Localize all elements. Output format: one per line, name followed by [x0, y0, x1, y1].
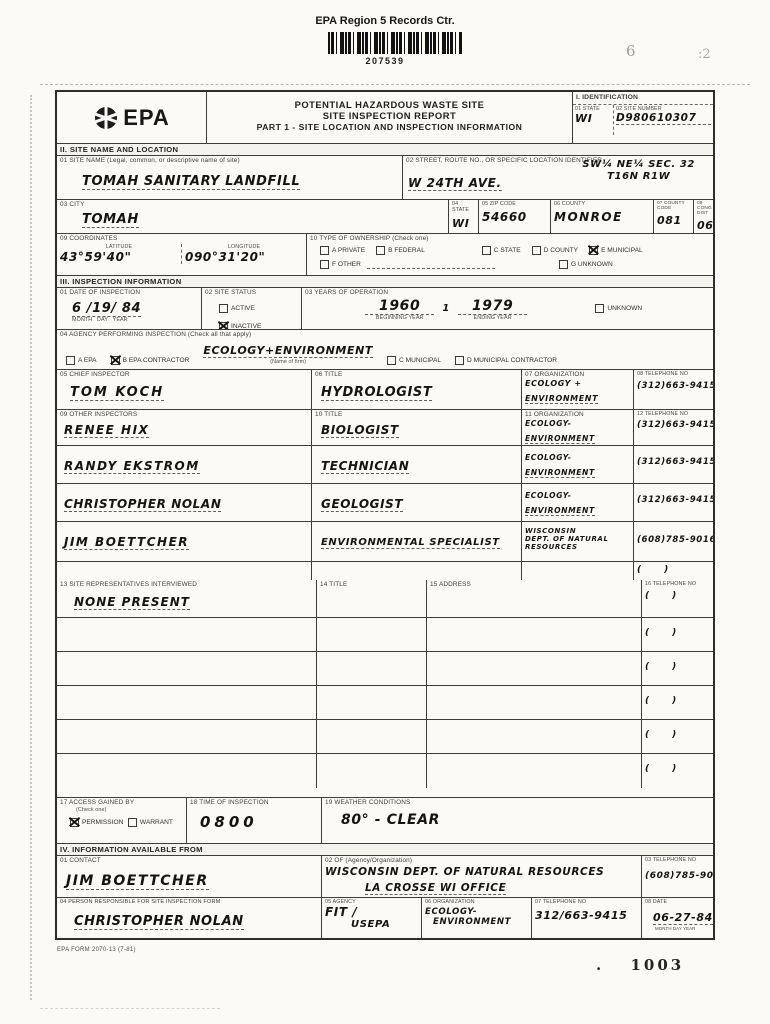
- years-unknown-option: UNKNOWN: [595, 304, 642, 313]
- state-cell: 04 STATE WI: [449, 200, 479, 233]
- faint-pencil-mark-right: :2: [698, 47, 711, 62]
- contact-label: 01 CONTACT: [60, 857, 318, 865]
- id-state-value: WI: [575, 112, 611, 125]
- scanned-form-page: EPA Region 5 Records Ctr. 207539 6 :2 EP…: [0, 0, 770, 1024]
- site-name-label: 01 SITE NAME (Legal, common, or descript…: [60, 157, 399, 165]
- epa-logo-text: EPA: [123, 105, 170, 131]
- county-cell: 06 COUNTY MONROE: [551, 200, 654, 233]
- checkbox-county: [532, 246, 541, 255]
- years-of-operation-label: 03 YEARS OF OPERATION: [305, 289, 710, 297]
- checkbox-epa: [66, 356, 75, 365]
- county-code-cell: 07 COUNTY CODE 081: [654, 200, 694, 233]
- latitude-cell: LATITUDE 43°59'40": [57, 244, 182, 264]
- inspection-date-row: 01 DATE OF INSPECTION 6 /19/ 84 MONTH DA…: [57, 288, 713, 330]
- identification-box: I. IDENTIFICATION 01 STATE WI 02 SITE NU…: [573, 92, 713, 143]
- ownership-option-county: D COUNTY: [532, 246, 578, 255]
- other-inspector-row: 09 OTHER INSPECTORS RENEE HIX 10 TITLE B…: [57, 410, 713, 446]
- site-status-cell: 02 SITE STATUS ACTIVE INACTIVE: [202, 288, 302, 329]
- date2-sub: MONTH DAY YEAR: [655, 926, 710, 931]
- other-inspector-row: CHRISTOPHER NOLAN GEOLOGIST ECOLOGY- ENV…: [57, 484, 713, 522]
- inspector-phone: (608)785-9016: [637, 535, 710, 545]
- ownership-option-state: C STATE: [482, 246, 521, 255]
- form-title-line1: POTENTIAL HAZARDOUS WASTE SITE: [210, 99, 569, 110]
- inspector-phone: (312)663-9415: [637, 420, 710, 430]
- inspector-org-line1: ECOLOGY-: [525, 491, 630, 500]
- date-of-inspection-cell: 01 DATE OF INSPECTION 6 /19/ 84 MONTH DA…: [57, 288, 202, 329]
- empty-phone-parens: ( ): [637, 565, 710, 575]
- ending-year-label: ENDING YEAR: [458, 315, 527, 321]
- agency-option-municipal-contractor: D MUNICIPAL CONTRACTOR: [455, 356, 557, 365]
- checkbox-permission: [70, 818, 79, 827]
- street-value: W 24TH AVE.: [408, 176, 502, 191]
- date-of-inspection-value: 6 /19/ 84: [72, 301, 141, 317]
- scan-bottom-artifact: [40, 1008, 220, 1009]
- agency-option-epa-contractor: B EPA CONTRACTOR: [111, 356, 190, 365]
- page-stamp-number: 1003: [630, 956, 684, 974]
- ownership-option-municipal: E MUNICIPAL: [589, 246, 643, 255]
- representative-row: ( ): [57, 652, 713, 686]
- inspector-org-line2: ENVIRONMENT: [525, 468, 595, 478]
- contact-phone-value: (608)785-9016: [645, 871, 710, 881]
- inspector-phone: (312)663-9415: [637, 457, 710, 467]
- street-note-line1: SW¼ NE¼ SEC. 32: [582, 159, 695, 171]
- city-cell: 03 CITY TOMAH: [57, 200, 449, 233]
- person-responsible-label: 04 PERSON RESPONSIBLE FOR SITE INSPECTIO…: [60, 899, 318, 906]
- inspector-title: BIOLOGIST: [321, 423, 399, 438]
- access-option-permission: PERMISSION: [70, 818, 123, 827]
- zip-label: 05 ZIP CODE: [482, 201, 547, 207]
- agency-value-line1: FIT /: [325, 905, 418, 919]
- site-inspection-form: EPA POTENTIAL HAZARDOUS WASTE SITE SITE …: [55, 90, 715, 940]
- chief-title-label: 06 TITLE: [315, 371, 518, 379]
- contact-of-cell: 02 OF (Agency/Organization) WISCONSIN DE…: [322, 856, 642, 897]
- checkbox-private: [320, 246, 329, 255]
- latitude-value: 43°59'40": [60, 250, 178, 264]
- coordinates-row: 09 COORDINATES LATITUDE 43°59'40" LONGIT…: [57, 234, 713, 276]
- beginning-year-label: BEGINNING YEAR: [365, 315, 434, 321]
- site-status-label: 02 SITE STATUS: [205, 289, 298, 297]
- checkbox-inactive: [219, 322, 228, 329]
- inspector-org-line1: ECOLOGY-: [525, 419, 630, 428]
- other-inspectors-label: 09 OTHER INSPECTORS: [60, 411, 308, 419]
- organization-line2: ENVIRONMENT: [433, 917, 528, 927]
- status-option-inactive: INACTIVE: [219, 322, 261, 329]
- other-phone-label: 12 TELEPHONE NO: [637, 411, 710, 417]
- inspector-org-line1: WISCONSIN: [525, 527, 630, 535]
- street-location-note: SW¼ NE¼ SEC. 32 T16N R1W: [582, 159, 695, 183]
- section-4-header: IV. INFORMATION AVAILABLE FROM: [57, 844, 713, 856]
- representative-phone: ( ): [645, 696, 710, 706]
- inspector-title: TECHNICIAN: [321, 459, 409, 474]
- representative-address-label: 15 ADDRESS: [430, 581, 638, 589]
- agency-option-municipal: C MUNICIPAL: [387, 356, 441, 365]
- checkbox-municipal: [589, 246, 598, 255]
- date2-value: 06-27-84: [653, 911, 713, 925]
- spacer-row: [57, 788, 713, 798]
- inspector-name: CHRISTOPHER NOLAN: [64, 497, 221, 512]
- contact-value: JIM BOETTCHER: [66, 873, 209, 890]
- site-name-row: 01 SITE NAME (Legal, common, or descript…: [57, 156, 713, 200]
- epa-flower-icon: [93, 105, 119, 131]
- chief-phone-label: 08 TELEPHONE NO: [637, 371, 710, 377]
- ownership-option-private: A PRIVATE: [320, 246, 365, 255]
- other-inspector-row: RANDY EKSTROM TECHNICIAN ECOLOGY- ENVIRO…: [57, 446, 713, 484]
- section-2-header: II. SITE NAME AND LOCATION: [57, 144, 713, 156]
- empty-inspector-row: ( ): [57, 562, 713, 580]
- identification-label: I. IDENTIFICATION: [573, 92, 713, 105]
- longitude-cell: LONGITUDE 090°31'20": [182, 244, 306, 264]
- inspector-name: RANDY EKSTROM: [64, 459, 200, 474]
- checkbox-warrant: [128, 818, 137, 827]
- coordinates-cell: 09 COORDINATES LATITUDE 43°59'40" LONGIT…: [57, 234, 307, 275]
- representative-phone: ( ): [645, 730, 710, 740]
- street-note-line2: T16N R1W: [582, 171, 695, 183]
- weather-conditions-cell: 19 WEATHER CONDITIONS 80° - CLEAR: [322, 798, 713, 843]
- barcode: [328, 32, 462, 54]
- ownership-option-other: F OTHER: [320, 260, 361, 269]
- checkbox-agency-municipal: [387, 356, 396, 365]
- date2-label: 08 DATE: [645, 899, 710, 905]
- records-center-title: EPA Region 5 Records Ctr.: [0, 15, 770, 27]
- representative-row: ( ): [57, 686, 713, 720]
- city-label: 03 CITY: [60, 201, 445, 209]
- chief-inspector-row: 05 CHIEF INSPECTOR TOM KOCH 06 TITLE HYD…: [57, 370, 713, 410]
- inspector-name: JIM BOETTCHER: [64, 535, 189, 550]
- inspector-phone: (312)663-9415: [637, 381, 710, 391]
- ownership-label: 10 TYPE OF OWNERSHIP (Check one): [310, 235, 710, 243]
- city-row: 03 CITY TOMAH 04 STATE WI 05 ZIP CODE 54…: [57, 200, 713, 234]
- representative-row: ( ): [57, 618, 713, 652]
- barcode-number: 207539: [0, 56, 770, 66]
- city-value: TOMAH: [82, 212, 139, 228]
- representative-phone: ( ): [645, 628, 710, 638]
- access-row: 17 ACCESS GAINED BY (Check one) PERMISSI…: [57, 798, 713, 844]
- checkbox-municipal-contractor: [455, 356, 464, 365]
- weather-conditions-value: 80° - CLEAR: [341, 812, 710, 828]
- checkbox-state: [482, 246, 491, 255]
- id-site-number-value: D980610307: [616, 112, 711, 125]
- access-gained-cell: 17 ACCESS GAINED BY (Check one) PERMISSI…: [57, 798, 187, 843]
- weather-conditions-label: 19 WEATHER CONDITIONS: [325, 799, 710, 807]
- status-option-active: ACTIVE: [219, 304, 255, 313]
- agency-value-line2: USEPA: [351, 919, 418, 930]
- page-stamp: . 1003: [596, 956, 684, 974]
- contact-of-label: 02 OF (Agency/Organization): [325, 857, 638, 865]
- id-state-cell: 01 STATE WI: [573, 105, 614, 135]
- contractor-firm-value: ECOLOGY+ENVIRONMENT: [203, 344, 373, 358]
- representative-phone-label: 16 TELEPHONE NO: [645, 581, 710, 587]
- inspectors-table: 05 CHIEF INSPECTOR TOM KOCH 06 TITLE HYD…: [57, 370, 713, 580]
- beginning-year-value: 1960: [365, 298, 434, 315]
- representative-row: ( ): [57, 720, 713, 754]
- chief-inspector-label: 05 CHIEF INSPECTOR: [60, 371, 308, 379]
- county-value: MONROE: [554, 210, 650, 224]
- zip-cell: 05 ZIP CODE 54660: [479, 200, 551, 233]
- checkbox-years-unknown: [595, 304, 604, 313]
- agency-performing-cell: 04 AGENCY PERFORMING INSPECTION (Check a…: [57, 330, 713, 369]
- inspector-org-line2: ENVIRONMENT: [525, 394, 598, 404]
- years-separator-mark: 1: [442, 303, 450, 314]
- form-header-row: EPA POTENTIAL HAZARDOUS WASTE SITE SITE …: [57, 92, 713, 144]
- agency-performing-label: 04 AGENCY PERFORMING INSPECTION (Check a…: [60, 331, 710, 339]
- representatives-label: 13 SITE REPRESENTATIVES INTERVIEWED: [60, 581, 313, 589]
- epa-logo: EPA: [57, 92, 207, 143]
- faint-pencil-mark-left: 6: [626, 42, 636, 60]
- longitude-value: 090°31'20": [185, 250, 303, 264]
- representative-phone: ( ): [645, 591, 710, 601]
- date2-cell: 08 DATE 06-27-84 MONTH DAY YEAR: [642, 898, 713, 938]
- representative-phone: ( ): [645, 764, 710, 774]
- cong-dist-cell: 08 CONG DIST 06: [694, 200, 713, 233]
- contact-cell: 01 CONTACT JIM BOETTCHER: [57, 856, 322, 897]
- page-stamp-dot: .: [596, 956, 604, 974]
- date-sub-label: MONTH DAY YEAR: [72, 317, 198, 323]
- agency-performing-row: 04 AGENCY PERFORMING INSPECTION (Check a…: [57, 330, 713, 370]
- representative-phone: ( ): [645, 662, 710, 672]
- person-responsible-value: CHRISTOPHER NOLAN: [74, 914, 244, 930]
- person-responsible-cell: 04 PERSON RESPONSIBLE FOR SITE INSPECTIO…: [57, 898, 322, 938]
- inspector-title: HYDROLOGIST: [321, 385, 432, 401]
- street-cell: 02 STREET, ROUTE NO., OR SPECIFIC LOCATI…: [403, 156, 713, 199]
- checkbox-federal: [376, 246, 385, 255]
- other-blank-line: [367, 261, 495, 269]
- representatives-table: 13 SITE REPRESENTATIVES INTERVIEWED NONE…: [57, 580, 713, 788]
- phone2-label: 07 TELEPHONE NO: [535, 899, 638, 905]
- organization-cell: 06 ORGANIZATION ECOLOGY- ENVIRONMENT: [422, 898, 532, 938]
- inspector-phone: (312)663-9415: [637, 495, 710, 505]
- checkbox-unknown: [559, 260, 568, 269]
- contractor-firm-sub: (Name of firm): [203, 359, 373, 365]
- inspector-org-line2: ENVIRONMENT: [525, 434, 595, 444]
- representative-row: 13 SITE REPRESENTATIVES INTERVIEWED NONE…: [57, 580, 713, 618]
- checkbox-other: [320, 260, 329, 269]
- inspector-org-line1: ECOLOGY-: [525, 453, 630, 462]
- representative-name: NONE PRESENT: [74, 595, 190, 610]
- state-label: 04 STATE: [452, 201, 475, 213]
- organization-label: 06 ORGANIZATION: [425, 899, 528, 905]
- section-3-header: III. INSPECTION INFORMATION: [57, 276, 713, 288]
- contact-phone-label: 03 TELEPHONE NO: [645, 857, 710, 863]
- date-of-inspection-label: 01 DATE OF INSPECTION: [60, 289, 198, 297]
- inspector-org-line1: ECOLOGY +: [525, 379, 630, 388]
- site-name-cell: 01 SITE NAME (Legal, common, or descript…: [57, 156, 403, 199]
- form-title-line2: SITE INSPECTION REPORT: [210, 110, 569, 121]
- access-check-one-sub: (Check one): [76, 807, 183, 813]
- time-of-inspection-value: 0800: [200, 813, 318, 831]
- ownership-option-unknown: G UNKNOWN: [559, 260, 613, 269]
- inspector-title: ENVIRONMENTAL SPECIALIST: [321, 537, 500, 549]
- zip-value: 54660: [482, 210, 547, 224]
- inspector-org-line2: DEPT. OF NATURAL RESOURCES: [525, 535, 630, 552]
- access-option-warrant: WARRANT: [128, 818, 173, 827]
- site-name-value: TOMAH SANITARY LANDFILL: [82, 174, 300, 190]
- chief-org-label: 07 ORGANIZATION: [525, 371, 630, 379]
- inspector-title: GEOLOGIST: [321, 497, 403, 512]
- contact-phone-cell: 03 TELEPHONE NO (608)785-9016: [642, 856, 713, 897]
- cong-dist-value: 06: [697, 219, 710, 232]
- years-of-operation-cell: 03 YEARS OF OPERATION 1960 BEGINNING YEA…: [302, 288, 713, 329]
- other-inspector-row: JIM BOETTCHER ENVIRONMENTAL SPECIALIST W…: [57, 522, 713, 562]
- checkbox-epa-contractor: [111, 356, 120, 365]
- time-of-inspection-label: 18 TIME OF INSPECTION: [190, 799, 318, 807]
- form-title-line3: PART 1 - SITE LOCATION AND INSPECTION IN…: [210, 122, 569, 132]
- county-label: 06 COUNTY: [554, 201, 650, 207]
- scan-divider-line: [40, 84, 750, 85]
- ending-year-value: 1979: [458, 298, 527, 315]
- id-site-number-cell: 02 SITE NUMBER D980610307: [614, 105, 713, 135]
- county-code-value: 081: [657, 214, 690, 227]
- phone2-cell: 07 TELEPHONE NO 312/663-9415: [532, 898, 642, 938]
- checkbox-active: [219, 304, 228, 313]
- ownership-option-federal: B FEDERAL: [376, 246, 425, 255]
- agency-option-epa: A EPA: [66, 356, 97, 365]
- inspector-name: TOM KOCH: [70, 385, 164, 401]
- phone2-value: 312/663-9415: [535, 909, 638, 922]
- form-title-block: POTENTIAL HAZARDOUS WASTE SITE SITE INSP…: [207, 92, 573, 143]
- scan-margin-line: [30, 95, 32, 1000]
- cong-dist-label: 08 CONG DIST: [697, 201, 710, 216]
- other-title-label: 10 TITLE: [315, 411, 518, 419]
- inspector-org-line2: ENVIRONMENT: [525, 506, 595, 516]
- ownership-cell: 10 TYPE OF OWNERSHIP (Check one) A PRIVA…: [307, 234, 713, 275]
- inspector-name: RENEE HIX: [64, 423, 149, 438]
- other-org-label: 11 ORGANIZATION: [525, 411, 630, 419]
- access-gained-label: 17 ACCESS GAINED BY: [60, 799, 183, 807]
- representative-title-label: 14 TITLE: [320, 581, 423, 589]
- form-number-footer: EPA FORM 2070-13 (7-81): [57, 947, 136, 953]
- agency-cell: 05 AGENCY FIT / USEPA: [322, 898, 422, 938]
- person-responsible-row: 04 PERSON RESPONSIBLE FOR SITE INSPECTIO…: [57, 898, 713, 938]
- organization-line1: ECOLOGY-: [425, 907, 528, 917]
- county-code-label: 07 COUNTY CODE: [657, 201, 690, 211]
- contact-of-line1: WISCONSIN DEPT. OF NATURAL RESOURCES: [325, 866, 638, 878]
- info-contact-row: 01 CONTACT JIM BOETTCHER 02 OF (Agency/O…: [57, 856, 713, 898]
- coordinates-label: 09 COORDINATES: [57, 234, 306, 244]
- contact-of-line2: LA CROSSE WI OFFICE: [365, 882, 506, 895]
- state-value: WI: [452, 217, 475, 230]
- representative-row: ( ): [57, 754, 713, 788]
- time-of-inspection-cell: 18 TIME OF INSPECTION 0800: [187, 798, 322, 843]
